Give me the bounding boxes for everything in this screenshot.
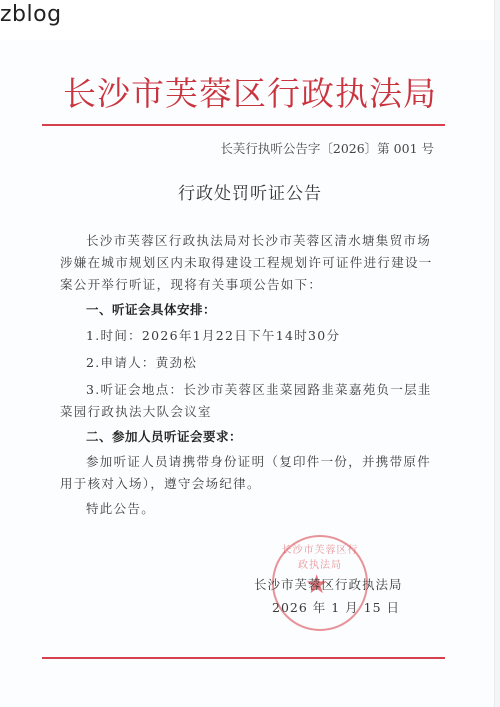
section1-item-location: 3.听证会地点：长沙市芙蓉区韭菜园路韭菜嘉苑负一层韭菜园行政执法大队会议室	[60, 379, 442, 423]
seal-text: 长沙市芙蓉区行政执法局	[280, 541, 360, 571]
section2-heading: 二、参加人员听证会要求：	[60, 426, 442, 448]
closing-text: 特此公告。	[60, 498, 442, 520]
section1-item-time: 1.时间：2026年1月22日下午14时30分	[60, 325, 442, 347]
section1-heading: 一、听证会具体安排：	[60, 299, 442, 321]
signature-organization: 长沙市芙蓉区行政执法局	[254, 575, 403, 593]
section2-text: 参加听证人员请携带身份证明（复印件一份，并携带原件用于核对入场），遵守会场纪律。	[60, 451, 442, 495]
header-red-rule	[42, 124, 445, 126]
signature-date: 2026 年 1 月 15 日	[272, 598, 400, 616]
document-number: 长芙行执听公告字〔2026〕第 001 号	[220, 139, 434, 157]
issuer-header: 长沙市芙蓉区行政执法局	[0, 74, 500, 114]
document-body: 长沙市芙蓉区行政执法局对长沙市芙蓉区清水塘集贸市场涉嫌在城市规划区内未取得建设工…	[60, 230, 442, 520]
site-name[interactable]: zblog	[0, 2, 62, 27]
section1-item-applicant: 2.申请人：黄劲松	[60, 352, 442, 374]
footer-red-rule	[42, 657, 445, 659]
intro-paragraph: 长沙市芙蓉区行政执法局对长沙市芙蓉区清水塘集贸市场涉嫌在城市规划区内未取得建设工…	[60, 230, 442, 296]
document-title: 行政处罚听证公告	[0, 179, 500, 204]
